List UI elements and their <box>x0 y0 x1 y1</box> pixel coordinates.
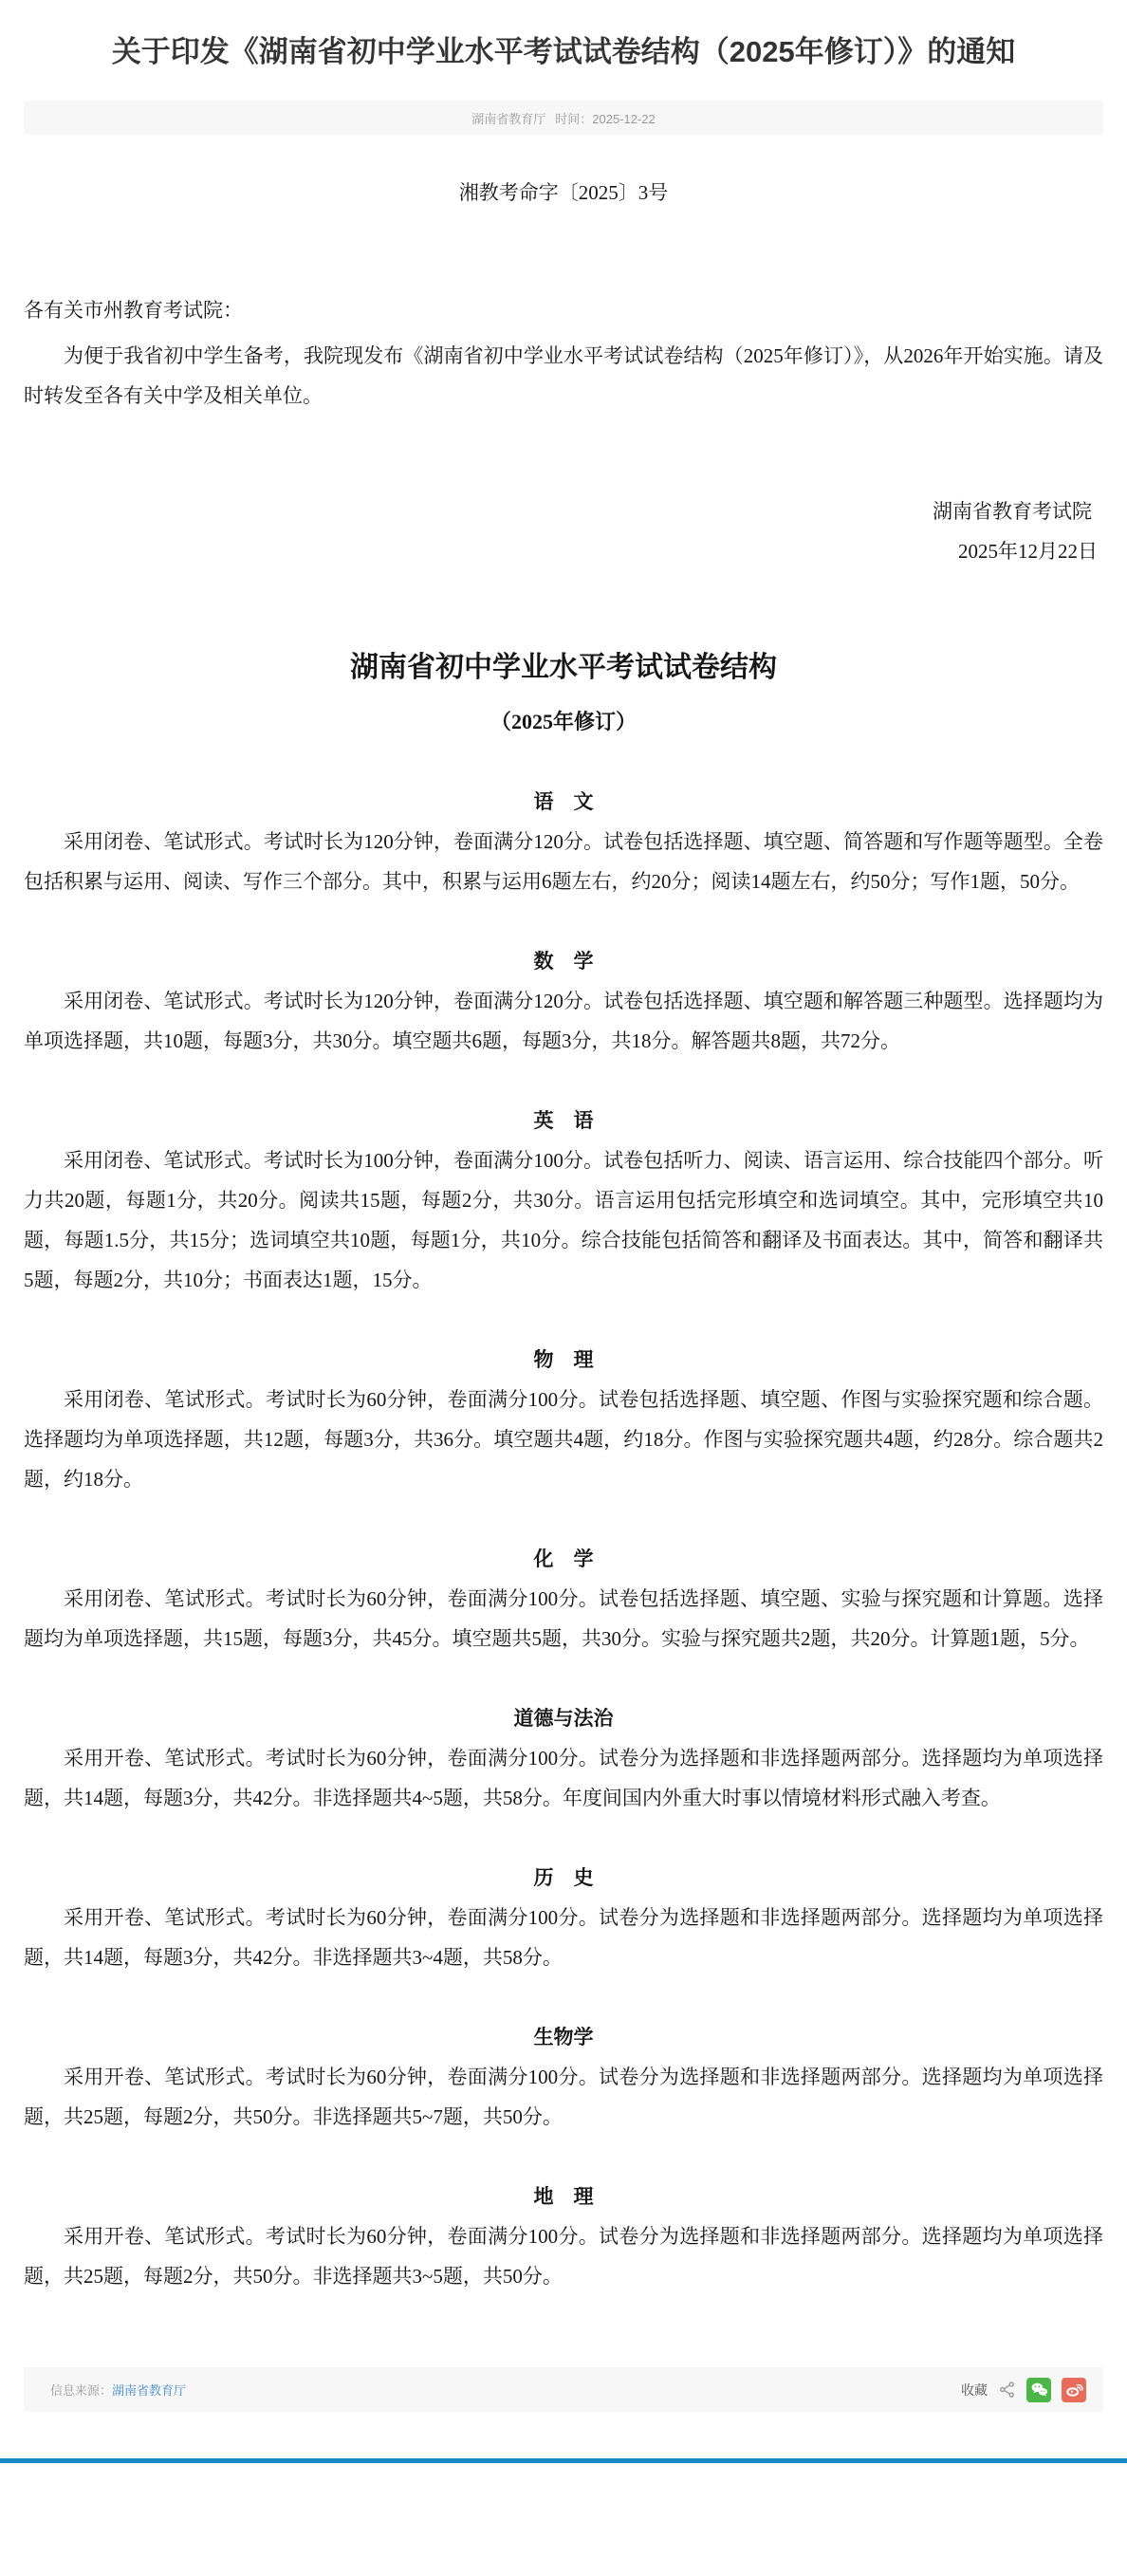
meta-source: 湖南省教育厅 <box>471 109 545 127</box>
subject-section: 历 史 采用开卷、笔试形式。考试时长为60分钟，卷面满分100分。试卷分为选择题… <box>24 1858 1103 1977</box>
sign-date: 2025年12月22日 <box>24 531 1103 571</box>
share-icon[interactable] <box>998 2381 1016 2399</box>
subject-section: 化 学 采用闭卷、笔试形式。考试时长为60分钟，卷面满分100分。试卷包括选择题… <box>24 1539 1103 1659</box>
notice-body: 为便于我省初中学生备考，我院现发布《湖南省初中学业水平考试试卷结构（2025年修… <box>24 336 1103 416</box>
sections: 语 文 采用闭卷、笔试形式。考试时长为120分钟，卷面满分120分。试卷包括选择… <box>24 782 1103 2296</box>
bottom-accent-bar <box>0 2458 1127 2463</box>
subject-section: 物 理 采用闭卷、笔试形式。考试时长为60分钟，卷面满分100分。试卷包括选择题… <box>24 1340 1103 1499</box>
source-link[interactable]: 湖南省教育厅 <box>112 2381 186 2399</box>
section-text: 采用开卷、笔试形式。考试时长为60分钟，卷面满分100分。试卷分为选择题和非选择… <box>24 2057 1103 2137</box>
section-text: 采用开卷、笔试形式。考试时长为60分钟，卷面满分100分。试卷分为选择题和非选择… <box>24 2216 1103 2296</box>
section-heading: 数 学 <box>24 941 1103 981</box>
footer-actions: 收藏 <box>961 2378 1086 2402</box>
favorite-button[interactable]: 收藏 <box>961 2381 988 2400</box>
meta-bar: 湖南省教育厅 时间：2025-12-22 <box>24 101 1103 135</box>
section-heading: 道德与法治 <box>24 1698 1103 1738</box>
section-text: 采用开卷、笔试形式。考试时长为60分钟，卷面满分100分。试卷分为选择题和非选择… <box>24 1738 1103 1818</box>
document-subtitle: （2025年修订） <box>24 702 1103 742</box>
section-text: 采用闭卷、笔试形式。考试时长为60分钟，卷面满分100分。试卷包括选择题、填空题… <box>24 1380 1103 1499</box>
notice-document: 湘教考命字〔2025〕3号 各有关市州教育考试院： 为便于我省初中学生备考，我院… <box>24 173 1103 2296</box>
doc-number: 湘教考命字〔2025〕3号 <box>24 173 1103 213</box>
subject-section: 英 语 采用闭卷、笔试形式。考试时长为100分钟，卷面满分100分。试卷包括听力… <box>24 1101 1103 1300</box>
section-text: 采用闭卷、笔试形式。考试时长为100分钟，卷面满分100分。试卷包括听力、阅读、… <box>24 1140 1103 1300</box>
section-text: 采用闭卷、笔试形式。考试时长为120分钟，卷面满分120分。试卷包括选择题、填空… <box>24 822 1103 901</box>
subject-section: 地 理 采用开卷、笔试形式。考试时长为60分钟，卷面满分100分。试卷分为选择题… <box>24 2177 1103 2296</box>
section-heading: 生物学 <box>24 2017 1103 2057</box>
section-heading: 英 语 <box>24 1101 1103 1140</box>
section-heading: 化 学 <box>24 1539 1103 1579</box>
section-text: 采用闭卷、笔试形式。考试时长为60分钟，卷面满分100分。试卷包括选择题、填空题… <box>24 1579 1103 1659</box>
section-heading: 语 文 <box>24 782 1103 822</box>
document-title: 湖南省初中学业水平考试试卷结构 <box>24 645 1103 691</box>
salutation: 各有关市州教育考试院： <box>24 290 1103 330</box>
subject-section: 数 学 采用闭卷、笔试形式。考试时长为120分钟，卷面满分120分。试卷包括选择… <box>24 941 1103 1061</box>
subject-section: 道德与法治 采用开卷、笔试形式。考试时长为60分钟，卷面满分100分。试卷分为选… <box>24 1698 1103 1818</box>
section-text: 采用开卷、笔试形式。考试时长为60分钟，卷面满分100分。试卷分为选择题和非选择… <box>24 1898 1103 1977</box>
section-heading: 物 理 <box>24 1340 1103 1380</box>
subject-section: 生物学 采用开卷、笔试形式。考试时长为60分钟，卷面满分100分。试卷分为选择题… <box>24 2017 1103 2137</box>
meta-time: 时间：2025-12-22 <box>555 109 656 127</box>
section-heading: 地 理 <box>24 2177 1103 2216</box>
subject-section: 语 文 采用闭卷、笔试形式。考试时长为120分钟，卷面满分120分。试卷包括选择… <box>24 782 1103 901</box>
section-text: 采用闭卷、笔试形式。考试时长为120分钟，卷面满分120分。试卷包括选择题、填空… <box>24 981 1103 1061</box>
footer-bar: 信息来源： 湖南省教育厅 收藏 <box>24 2367 1103 2412</box>
weibo-icon[interactable] <box>1062 2378 1086 2402</box>
page: 关于印发《湖南省初中学业水平考试试卷结构（2025年修订）》的通知 湖南省教育厅… <box>0 32 1127 2496</box>
page-title: 关于印发《湖南省初中学业水平考试试卷结构（2025年修订）》的通知 <box>24 32 1103 72</box>
wechat-icon[interactable] <box>1026 2378 1051 2402</box>
source-label: 信息来源： <box>50 2381 112 2399</box>
section-heading: 历 史 <box>24 1858 1103 1898</box>
signer-name: 湖南省教育考试院 <box>24 491 1103 531</box>
footer-source: 信息来源： 湖南省教育厅 <box>50 2381 186 2399</box>
